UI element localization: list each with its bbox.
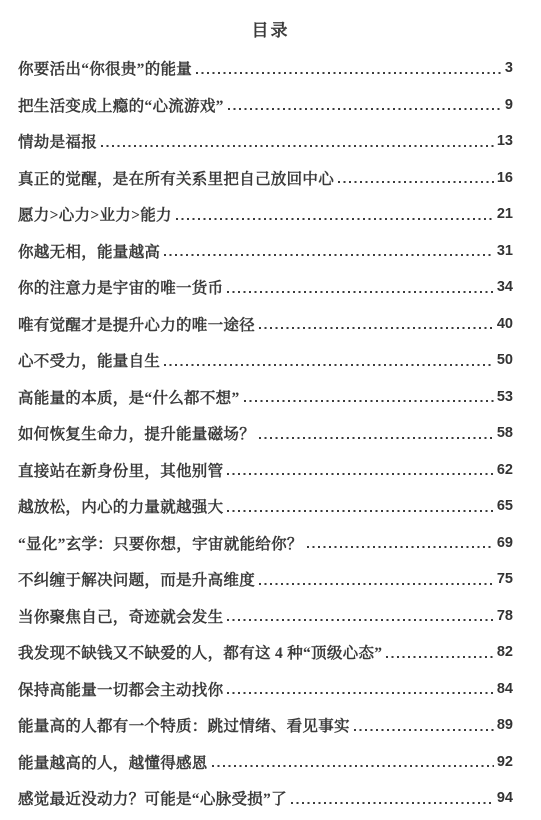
toc-entry-page-number: 3	[505, 60, 513, 76]
dot-leader	[338, 181, 494, 183]
toc-entry-page-number: 40	[497, 316, 513, 332]
dot-leader	[227, 291, 493, 293]
toc-entry[interactable]: 真正的觉醒，是在所有关系里把自己放回中心 16	[18, 160, 513, 197]
toc-entry-title: 愿力>心力>业力>能力	[18, 203, 172, 225]
toc-entry-page-number: 84	[497, 681, 513, 697]
toc-title: 目录	[0, 0, 541, 42]
toc-entry[interactable]: 当你聚焦自己，奇迹就会发生 78	[18, 598, 513, 635]
toc-list: 你要活出“你很贵”的能量 3 把生活变成上瘾的“心流游戏” 9 情劫是福报 13…	[0, 50, 541, 817]
toc-entry-page-number: 16	[497, 170, 513, 186]
dot-leader	[227, 692, 493, 694]
toc-entry-page-number: 9	[505, 97, 513, 113]
toc-entry-page-number: 62	[497, 462, 513, 478]
toc-entry-title: 你的注意力是宇宙的唯一货币	[18, 276, 223, 298]
dot-leader	[244, 400, 494, 402]
toc-entry-page-number: 89	[497, 717, 513, 733]
toc-entry[interactable]: 能量高的人都有一个特质：跳过情绪、看见事实 89	[18, 707, 513, 744]
toc-entry-page-number: 50	[497, 352, 513, 368]
toc-entry[interactable]: 感觉最近没动力？可能是“心脉受损”了 94	[18, 780, 513, 817]
dot-leader	[386, 656, 494, 658]
toc-entry-page-number: 69	[497, 535, 513, 551]
dot-leader	[259, 583, 494, 585]
toc-entry-title: 我发现不缺钱又不缺爱的人，都有这 4 种“顶级心态”	[18, 641, 382, 663]
toc-entry[interactable]: 唯有觉醒才是提升心力的唯一途径 40	[18, 306, 513, 343]
toc-entry[interactable]: 心不受力，能量自生 50	[18, 342, 513, 379]
toc-entry-title: 感觉最近没动力？可能是“心脉受损”了	[18, 787, 287, 809]
toc-entry-page-number: 92	[497, 754, 513, 770]
toc-entry-page-number: 75	[497, 571, 513, 587]
toc-entry-title: 真正的觉醒，是在所有关系里把自己放回中心	[18, 167, 334, 189]
dot-leader	[101, 145, 494, 147]
toc-entry-title: 如何恢复生命力，提升能量磁场？	[18, 422, 255, 444]
toc-entry[interactable]: 把生活变成上瘾的“心流游戏” 9	[18, 87, 513, 124]
toc-entry-title: 不纠缠于解决问题，而是升高维度	[18, 568, 255, 590]
toc-entry-title: 心不受力，能量自生	[18, 349, 160, 371]
toc-entry[interactable]: 我发现不缺钱又不缺爱的人，都有这 4 种“顶级心态” 82	[18, 634, 513, 671]
toc-entry-page-number: 82	[497, 644, 513, 660]
dot-leader	[291, 802, 494, 804]
dot-leader	[164, 254, 494, 256]
toc-entry-title: “显化”玄学：只要你想，宇宙就能给你？	[18, 532, 303, 554]
toc-entry-page-number: 13	[497, 133, 513, 149]
toc-entry[interactable]: 能量越高的人，越懂得感恩 92	[18, 744, 513, 781]
dot-leader	[259, 437, 494, 439]
dot-leader	[176, 218, 494, 220]
toc-entry-title: 你越无相，能量越高	[18, 240, 160, 262]
toc-entry-title: 高能量的本质，是“什么都不想”	[18, 386, 240, 408]
dot-leader	[196, 72, 502, 74]
toc-entry-title: 能量高的人都有一个特质：跳过情绪、看见事实	[18, 714, 350, 736]
toc-entry-title: 把生活变成上瘾的“心流游戏”	[18, 94, 224, 116]
toc-entry[interactable]: 愿力>心力>业力>能力 21	[18, 196, 513, 233]
toc-entry-title: 保持高能量一切都会主动找你	[18, 678, 223, 700]
toc-entry-page-number: 94	[497, 790, 513, 806]
dot-leader	[259, 327, 494, 329]
toc-entry-title: 当你聚焦自己，奇迹就会发生	[18, 605, 223, 627]
toc-entry-page-number: 53	[497, 389, 513, 405]
dot-leader	[227, 510, 493, 512]
toc-entry[interactable]: 越放松，内心的力量就越强大 65	[18, 488, 513, 525]
toc-entry-title: 直接站在新身份里，其他别管	[18, 459, 223, 481]
toc-entry[interactable]: 保持高能量一切都会主动找你 84	[18, 671, 513, 708]
toc-entry-title: 唯有觉醒才是提升心力的唯一途径	[18, 313, 255, 335]
toc-entry-page-number: 31	[497, 243, 513, 259]
dot-leader	[164, 364, 494, 366]
toc-entry-title: 情劫是福报	[18, 130, 97, 152]
dot-leader	[307, 546, 494, 548]
toc-entry-page-number: 34	[497, 279, 513, 295]
toc-entry[interactable]: 你越无相，能量越高 31	[18, 233, 513, 270]
toc-entry[interactable]: “显化”玄学：只要你想，宇宙就能给你？ 69	[18, 525, 513, 562]
dot-leader	[228, 108, 502, 110]
toc-entry-page-number: 65	[497, 498, 513, 514]
toc-entry[interactable]: 不纠缠于解决问题，而是升高维度 75	[18, 561, 513, 598]
toc-entry[interactable]: 你的注意力是宇宙的唯一货币 34	[18, 269, 513, 306]
dot-leader	[354, 729, 494, 731]
toc-entry[interactable]: 如何恢复生命力，提升能量磁场？ 58	[18, 415, 513, 452]
dot-leader	[227, 619, 493, 621]
dot-leader	[227, 473, 493, 475]
toc-entry-page-number: 58	[497, 425, 513, 441]
toc-entry[interactable]: 情劫是福报 13	[18, 123, 513, 160]
toc-entry-page-number: 78	[497, 608, 513, 624]
toc-entry[interactable]: 高能量的本质，是“什么都不想” 53	[18, 379, 513, 416]
dot-leader	[212, 765, 494, 767]
toc-entry-title: 你要活出“你很贵”的能量	[18, 57, 192, 79]
toc-entry-page-number: 21	[497, 206, 513, 222]
document-page: 目录 你要活出“你很贵”的能量 3 把生活变成上瘾的“心流游戏” 9 情劫是福报…	[0, 0, 541, 820]
toc-entry-title: 越放松，内心的力量就越强大	[18, 495, 223, 517]
toc-entry-title: 能量越高的人，越懂得感恩	[18, 751, 208, 773]
toc-entry[interactable]: 直接站在新身份里，其他别管 62	[18, 452, 513, 489]
toc-entry[interactable]: 你要活出“你很贵”的能量 3	[18, 50, 513, 87]
